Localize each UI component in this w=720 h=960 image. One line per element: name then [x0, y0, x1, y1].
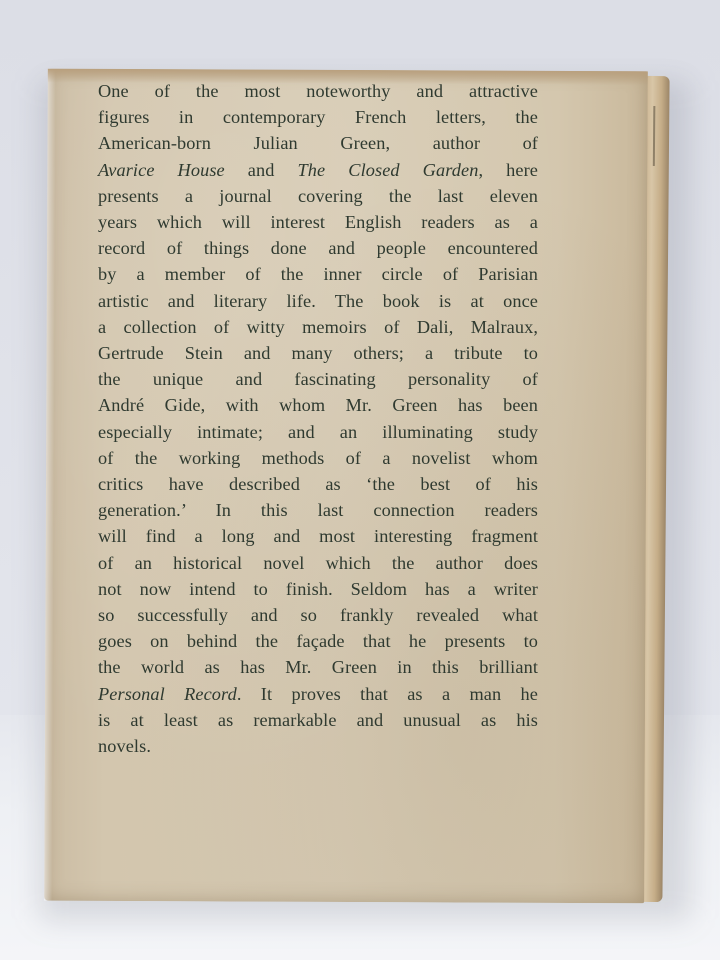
blurb-line: the world as has Mr. Green in this brill…: [98, 654, 538, 680]
book-title-personal-record: Personal Record: [98, 684, 237, 704]
blurb-line: years which will interest English reader…: [98, 209, 538, 235]
blurb-line: Gertrude Stein and many others; a tribut…: [98, 340, 538, 366]
blurb-line: presents a journal covering the last ele…: [98, 183, 538, 209]
blurb-line: generation.’ In this last connection rea…: [98, 497, 538, 523]
blurb-line-personal-record: Personal Record. It proves that as a man…: [98, 681, 538, 707]
spine-lettering: [653, 106, 656, 166]
blurb-line: of an historical novel which the author …: [98, 550, 538, 576]
blurb-line: artistic and literary life. The book is …: [98, 288, 538, 314]
blurb-line: André Gide, with whom Mr. Green has been: [98, 392, 538, 418]
blurb-line: the unique and fascinating personality o…: [98, 366, 538, 392]
book-title-avarice-house: Avarice House: [98, 160, 225, 180]
blurb-line: a collection of witty memoirs of Dali, M…: [98, 314, 538, 340]
blurb-line: One of the most noteworthy and attractiv…: [98, 78, 538, 104]
jacket-blurb-text: One of the most noteworthy and attractiv…: [98, 78, 538, 759]
blurb-line: is at least as remarkable and unusual as…: [98, 707, 538, 733]
blurb-line: critics have described as ‘the best of h…: [98, 471, 538, 497]
blurb-line-final: novels.: [98, 733, 538, 759]
blurb-line: figures in contemporary French letters, …: [98, 104, 538, 130]
blurb-line-titles: Avarice House and The Closed Garden, her…: [98, 157, 538, 183]
blurb-line: record of things done and people encount…: [98, 235, 538, 261]
book-title-closed-garden: The Closed Garden: [298, 160, 479, 180]
blurb-line: not now intend to finish. Seldom has a w…: [98, 576, 538, 602]
blurb-line: goes on behind the façade that he presen…: [98, 628, 538, 654]
blurb-line: so successfully and so frankly revealed …: [98, 602, 538, 628]
blurb-line: by a member of the inner circle of Paris…: [98, 261, 538, 287]
blurb-line: will find a long and most interesting fr…: [98, 523, 538, 549]
blurb-line: American-born Julian Green, author of: [98, 130, 538, 156]
blurb-line: of the working methods of a novelist who…: [98, 445, 538, 471]
blurb-line: especially intimate; and an illuminating…: [98, 419, 538, 445]
